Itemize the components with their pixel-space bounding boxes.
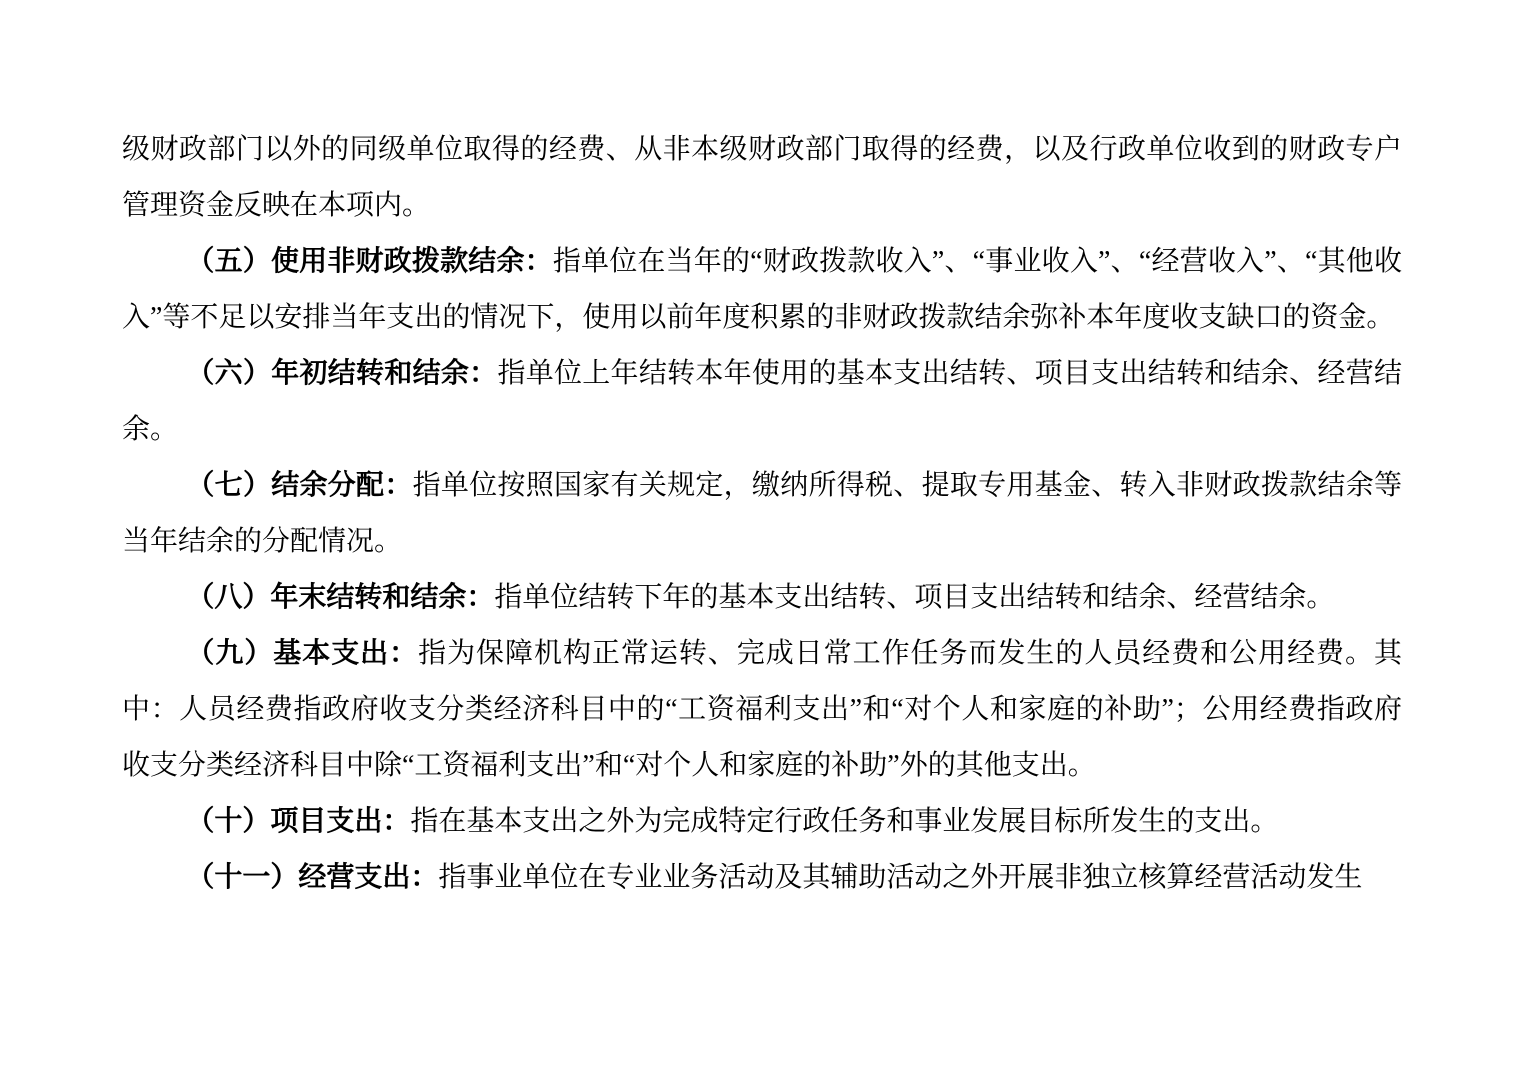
paragraph-text: 指事业单位在专业业务活动及其辅助活动之外开展非独立核算经营活动发生	[438, 862, 1362, 893]
paragraph-term: （七）结余分配：	[186, 470, 412, 501]
paragraph: （十一）经营支出：指事业单位在专业业务活动及其辅助活动之外开展非独立核算经营活动…	[122, 850, 1402, 906]
paragraph: 级财政部门以外的同级单位取得的经费、从非本级财政部门取得的经费，以及行政单位收到…	[122, 122, 1402, 234]
paragraph: （六）年初结转和结余：指单位上年结转本年使用的基本支出结转、项目支出结转和结余、…	[122, 346, 1402, 458]
paragraph-term: （八）年末结转和结余：	[186, 582, 494, 613]
paragraph-term: （五）使用非财政拨款结余：	[186, 246, 552, 277]
paragraph-text: 指在基本支出之外为完成特定行政任务和事业发展目标所发生的支出。	[410, 806, 1278, 837]
paragraph-term: （十）项目支出：	[186, 806, 410, 837]
paragraph: （八）年末结转和结余：指单位结转下年的基本支出结转、项目支出结转和结余、经营结余…	[122, 570, 1402, 626]
paragraph-text: 指单位结转下年的基本支出结转、项目支出结转和结余、经营结余。	[494, 582, 1334, 613]
paragraph: （七）结余分配：指单位按照国家有关规定，缴纳所得税、提取专用基金、转入非财政拨款…	[122, 458, 1402, 570]
paragraph: （十）项目支出：指在基本支出之外为完成特定行政任务和事业发展目标所发生的支出。	[122, 794, 1402, 850]
paragraph: （九）基本支出：指为保障机构正常运转、完成日常工作任务而发生的人员经费和公用经费…	[122, 626, 1402, 794]
paragraph-term: （六）年初结转和结余：	[186, 358, 497, 389]
paragraph-text: 级财政部门以外的同级单位取得的经费、从非本级财政部门取得的经费，以及行政单位收到…	[122, 134, 1402, 221]
paragraph: （五）使用非财政拨款结余：指单位在当年的“财政拨款收入”、“事业收入”、“经营收…	[122, 234, 1402, 346]
paragraph-term: （九）基本支出：	[186, 638, 418, 669]
document-body: 级财政部门以外的同级单位取得的经费、从非本级财政部门取得的经费，以及行政单位收到…	[122, 122, 1402, 906]
document-page: 级财政部门以外的同级单位取得的经费、从非本级财政部门取得的经费，以及行政单位收到…	[0, 0, 1520, 1074]
paragraph-term: （十一）经营支出：	[186, 862, 438, 893]
